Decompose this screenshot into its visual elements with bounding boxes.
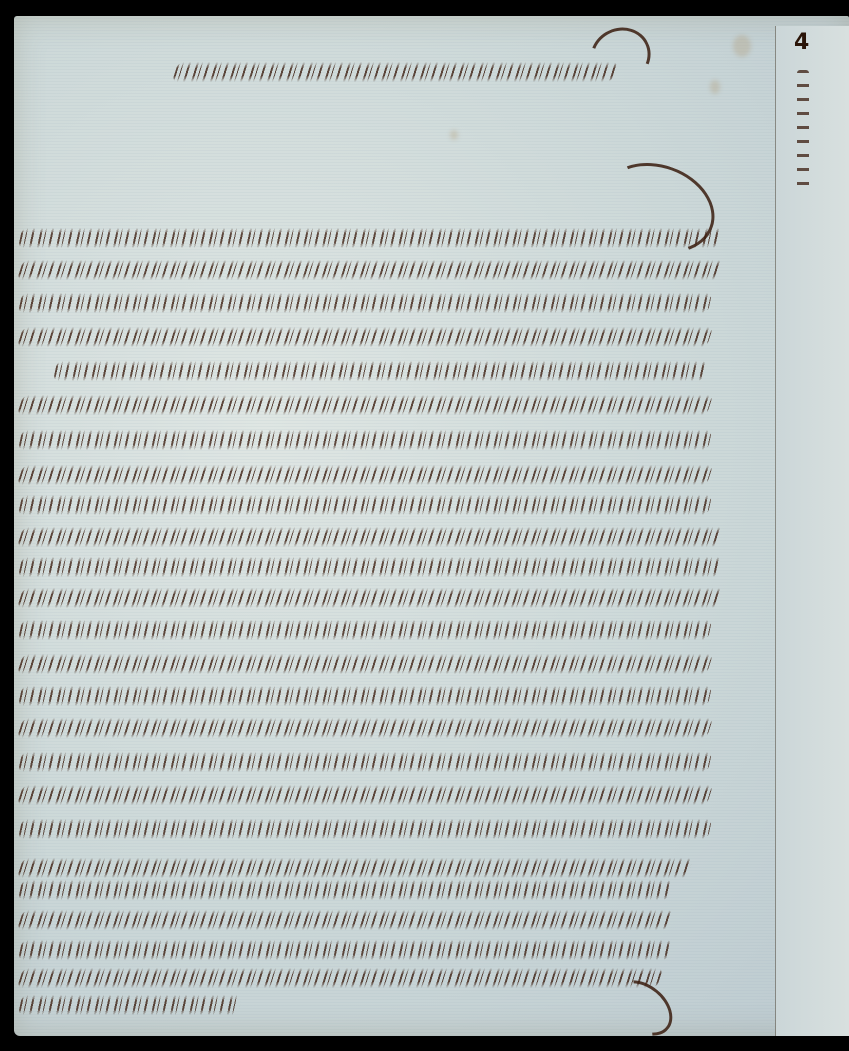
handwritten-line [18, 495, 712, 515]
paper-stain [733, 35, 751, 57]
handwritten-line [18, 880, 672, 900]
handwritten-line [18, 557, 722, 577]
handwritten-line [18, 752, 712, 772]
handwritten-line [17, 327, 713, 347]
handwritten-line [53, 361, 707, 381]
handwritten-line [18, 995, 242, 1015]
handwritten-line [17, 910, 673, 930]
handwritten-line [17, 527, 723, 547]
handwritten-line [18, 228, 722, 248]
paper-stain [710, 80, 720, 94]
heading-description: Salutation line at top (illegible mirror… [0, 0, 1, 1]
handwritten-line [17, 858, 693, 878]
closing-description: Signature block at bottom right (illegib… [0, 0, 1, 1]
margin-annotation [797, 70, 809, 190]
folio-number: 4 [794, 30, 809, 55]
handwritten-line [18, 940, 672, 960]
handwritten-line [17, 395, 713, 415]
handwritten-line [17, 588, 723, 608]
transcription-note: Text is mirrored cursive and not reliabl… [0, 0, 1, 1]
heading-line [172, 62, 618, 82]
handwritten-line [17, 654, 713, 674]
handwritten-line [17, 260, 723, 280]
handwritten-line [17, 465, 713, 485]
page-fold [775, 26, 776, 1036]
handwritten-line [18, 819, 712, 839]
handwritten-line [18, 430, 712, 450]
handwritten-line [18, 686, 712, 706]
handwritten-line [17, 785, 713, 805]
handwritten-line [17, 718, 713, 738]
handwritten-line [18, 620, 712, 640]
paper-stain [450, 130, 458, 140]
adjacent-page-strip [776, 26, 849, 1036]
handwritten-line [17, 968, 663, 988]
handwritten-line [18, 293, 712, 313]
